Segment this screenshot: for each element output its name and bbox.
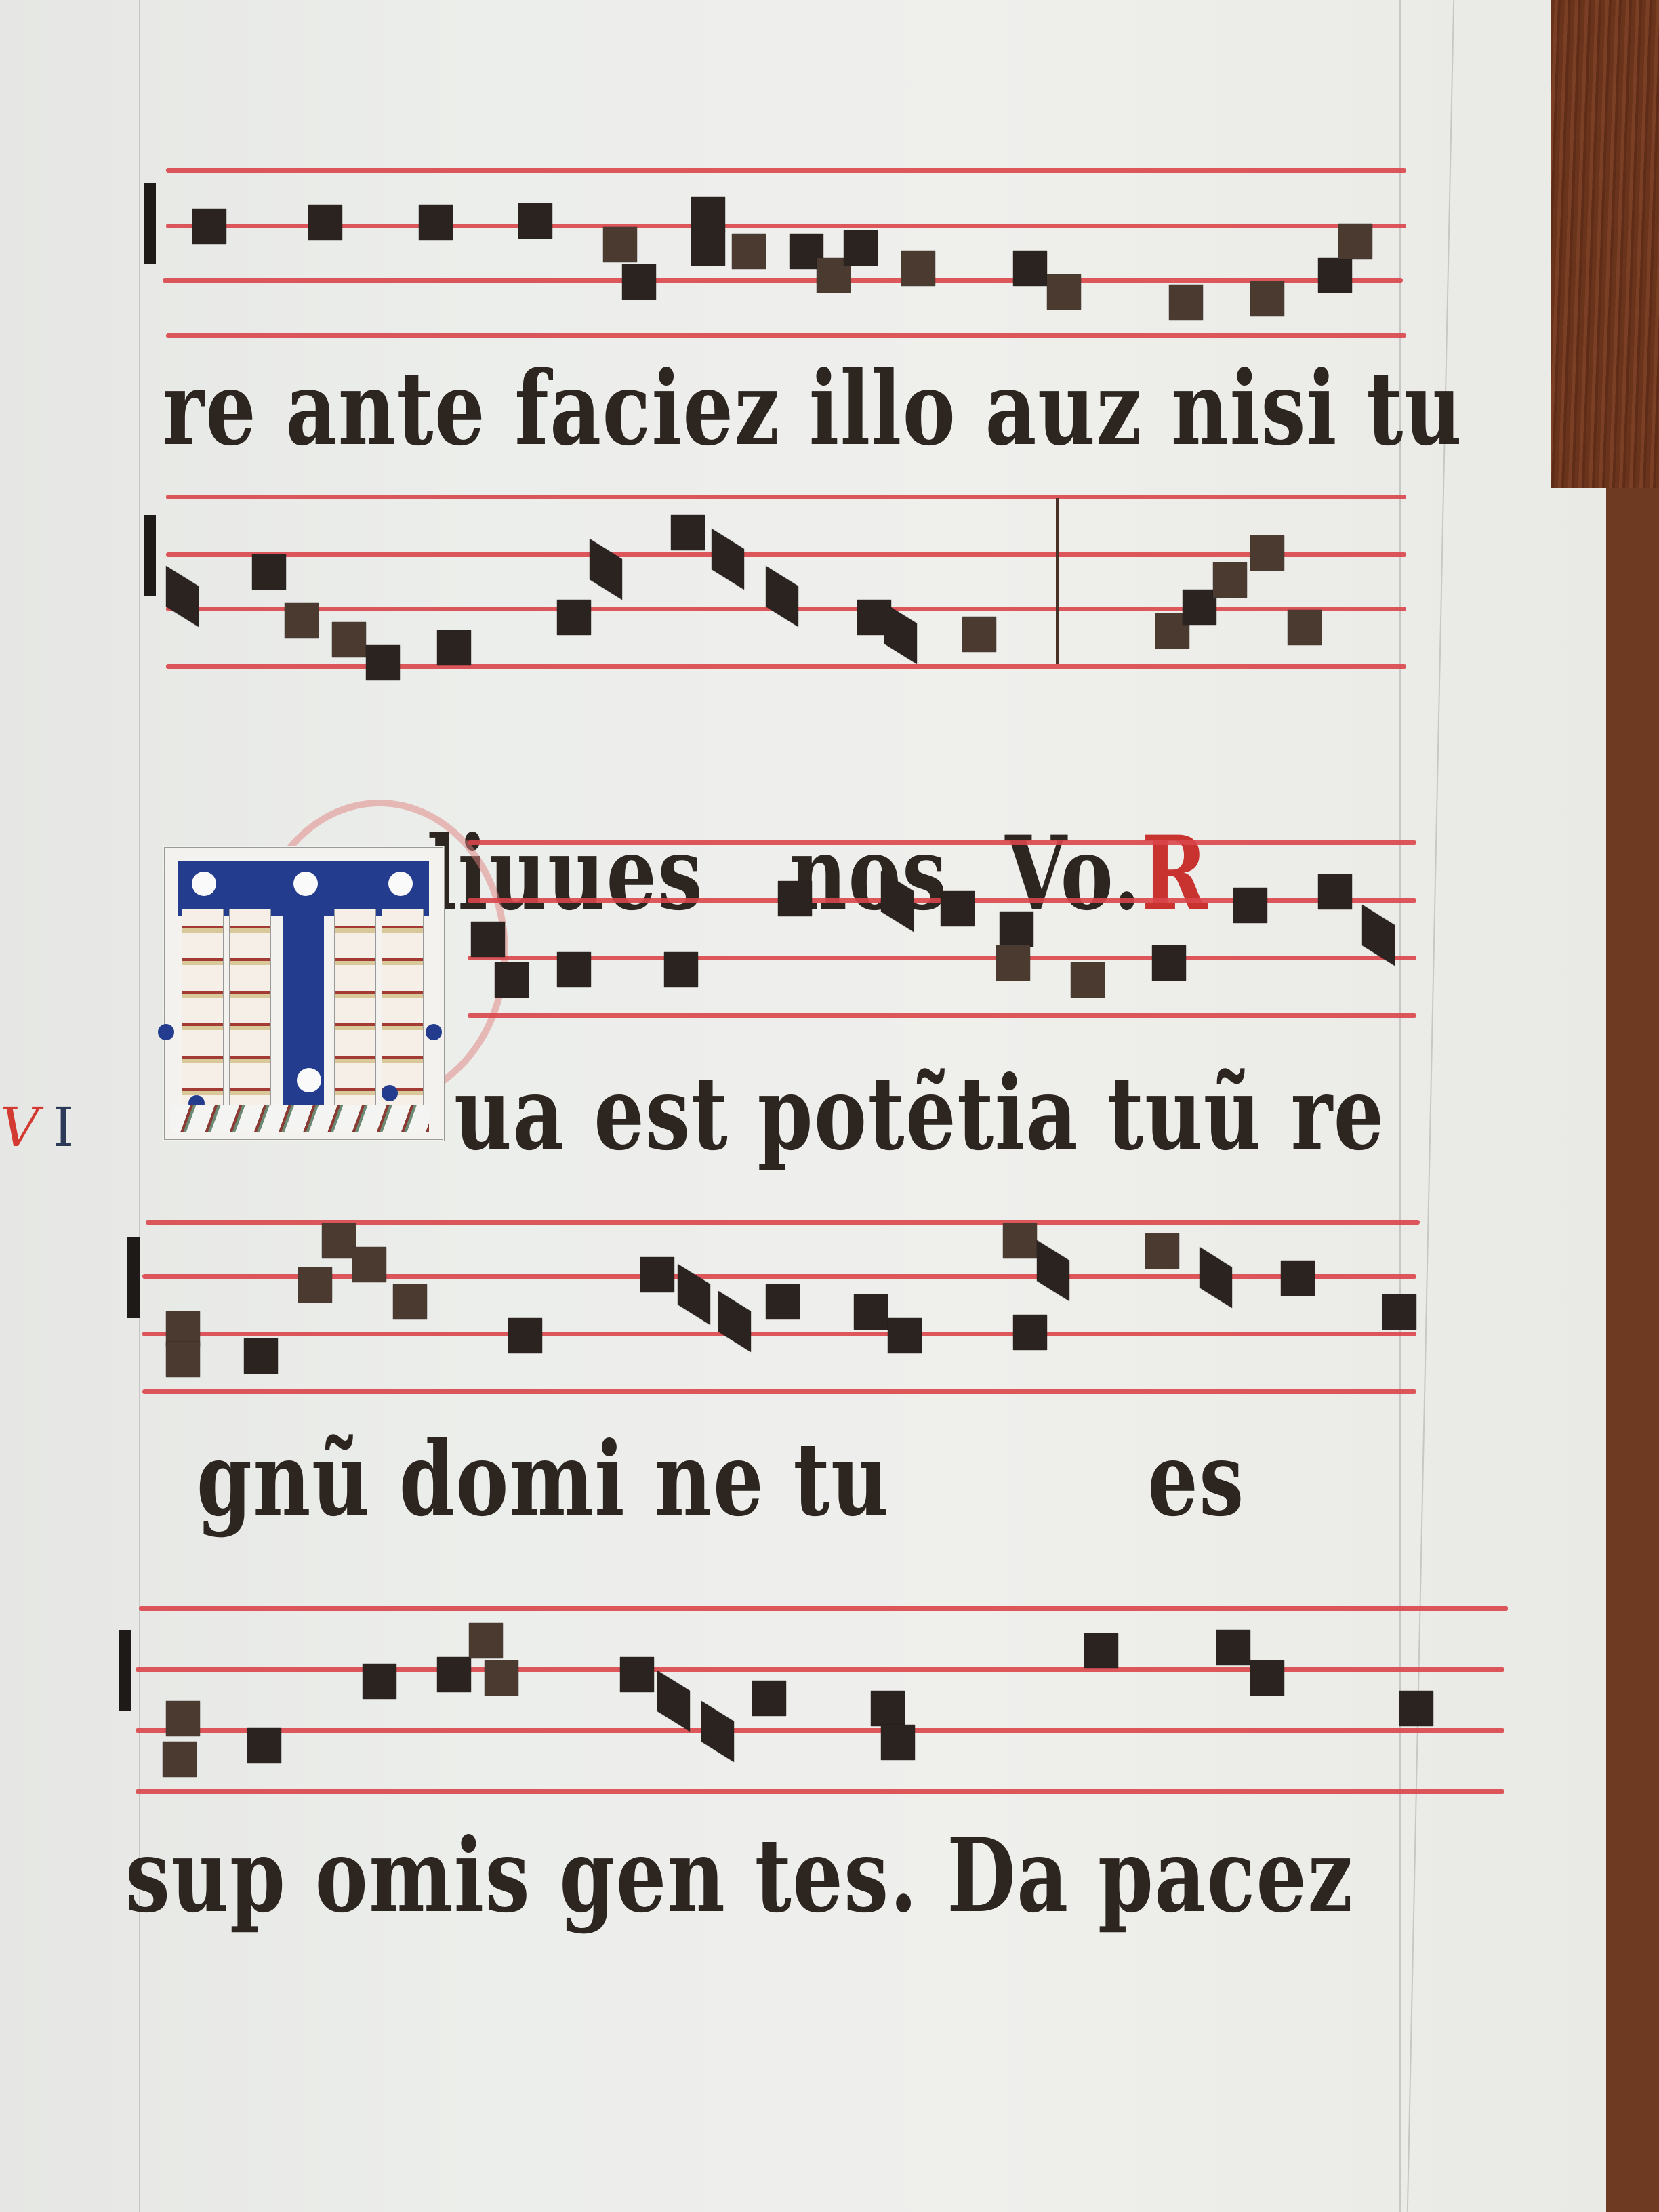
staff-line xyxy=(163,278,1403,283)
margin-folio-mark: VI xyxy=(0,1101,74,1155)
c-clef-icon xyxy=(144,515,156,596)
division-bar xyxy=(1056,498,1059,664)
staff-4 xyxy=(0,1206,1659,1423)
lyric-line-4: gnũ domi ne tu es xyxy=(197,1420,1245,1539)
margin-mark-red: V xyxy=(0,1096,39,1159)
c-clef-icon xyxy=(119,1630,131,1711)
staff-5 xyxy=(0,1579,1659,1796)
lyric-line-5: sup omis gen tes. Da pacez xyxy=(125,1816,1354,1935)
staff-3 xyxy=(0,834,1659,1050)
staff-line xyxy=(166,224,1406,228)
lyric-line-3: ua est potẽtia tuũ re xyxy=(454,1054,1385,1173)
staff-1 xyxy=(0,156,1659,373)
c-clef-icon xyxy=(127,1237,140,1318)
margin-mark-blue: I xyxy=(53,1096,75,1159)
staff-2 xyxy=(0,474,1659,691)
lyric-line-1: re ante faciez illo auz nisi tu xyxy=(163,349,1463,468)
c-clef-icon xyxy=(144,183,156,264)
staff-line xyxy=(166,333,1406,338)
staff-line xyxy=(166,168,1406,173)
